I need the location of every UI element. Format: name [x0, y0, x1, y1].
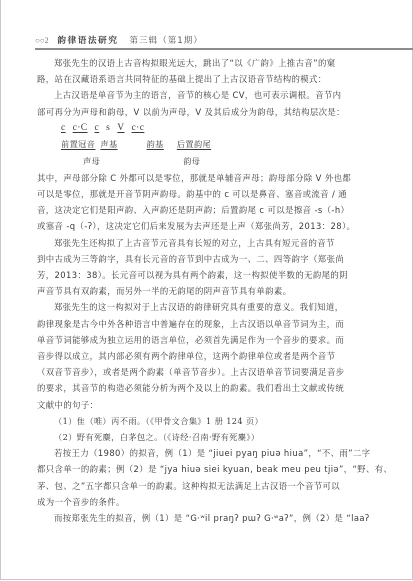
document-page: ○○2 韵律语法研究 第三辑（第1期） 郑张先生的汉语上古音构拟眼光远大，跳出了… — [0, 0, 413, 580]
example-1: （1）隹（唯）丙不雨。（《甲骨文合集》1 册 124 页） — [37, 413, 347, 429]
initial-label: 声母 — [83, 156, 100, 166]
text-line: 郑张先生还构拟了上古音节元音具有长短的对立，上古具有短元音的音节 — [37, 235, 347, 251]
text-line: 可以是零位，那就是开音节阴声韵母。韵基中的 c 可以是鼻音、塞音或流音 / 通 — [37, 186, 347, 202]
text-line: 上古汉语是单音节为主的语言，音节的核心是 CV，也可表示调根。音节内 — [37, 87, 347, 103]
text-line: 文献中的句子： — [37, 397, 347, 413]
text-line: 的要求，其音节的构造必须能分析为两个及以上的韵素。我们看出土文献或传统 — [37, 380, 347, 396]
issue-label: 第三辑（第1期） — [129, 36, 203, 46]
paragraph-6: 若按王力（1980）的拟音，例（1）是 “jiuei pyaŋ piuə hiu… — [37, 445, 347, 510]
text-line: 而按郑张先生的拟音，例（1）是 “G·ʷil praŋʔ pɯʔ G·ʷaʔ”，… — [37, 510, 347, 526]
text-line: 其中，声母部分除 C 外都可以是零位，那就是单辅音声母；韵母部分除 V 外也都 — [37, 170, 347, 186]
text-line: 音，这决定它们是阳声韵、入声韵还是阴声韵；后置韵尾 c 可以是擦音 -s（-h） — [37, 202, 347, 218]
paragraph-4: 郑张先生还构拟了上古音节元音具有长短的对立，上古具有短元音的音节 到中古成为三等… — [37, 235, 347, 300]
text-line: 或塞音 -q（-ʔ），这决定它们后来发展为去声还是上声（郑张尚芳，2013：28… — [37, 218, 347, 234]
formula-symbol: s — [106, 120, 110, 136]
text-line: 音步得以成立，其内部必须有两个韵律单位，这两个韵律单位或者是两个音节 — [37, 348, 347, 364]
text-line: 芳，2013：38）。长元音可以视为具有两个韵素，这一构拟使半数的无韵尾的阴 — [37, 267, 347, 283]
paragraph-5: 郑张先生的这一构拟对于上古汉语的韵律研究具有重要的意义。我们知道， 韵律现象是古… — [37, 299, 347, 412]
onset-prefix-label: 前置冠音 — [61, 139, 95, 149]
text-line: 声音节具有双韵素，而另外一半的无韵尾的阴声音节具有单韵素。 — [37, 283, 347, 299]
paragraph-1: 郑张先生的汉语上古音构拟眼光远大，跳出了“以《广韵》上推古音”的窠 路，站在汉藏… — [37, 55, 347, 87]
example-2: （2）野有死麋，白茅包之。（《诗经·召南·野有死麇》） — [37, 429, 347, 445]
formula-symbol: c — [61, 120, 66, 136]
example-number: （2） — [54, 432, 77, 442]
paragraph-2: 上古汉语是单音节为主的语言，音节的核心是 CV，也可表示调根。音节内 部可再分为… — [37, 87, 347, 119]
text-line: 韵律现象是古今中外各种语言中普遍存在的现象，上古汉语以单音节词为主，而 — [37, 316, 347, 332]
rhyme-base-label: 韵基 — [147, 139, 164, 149]
formula-symbol: c·C — [73, 120, 88, 136]
text-line: 郑张先生的这一构拟对于上古汉语的韵律研究具有重要的意义。我们知道， — [37, 299, 347, 315]
formula-symbol: c·c — [132, 120, 145, 136]
text-line: 部可再分为声母和韵母，V 以前为声母，V 及其后成分为韵母，其结构层次是： — [20, 104, 347, 120]
text-line: 单音节词能够成为独立运用的语言单位，必须首先满足作为一个音步的要求。而 — [37, 332, 347, 348]
journal-title: 韵律语法研究 — [57, 36, 118, 46]
text-line: 都只含单一的韵素；例（2）是 “jya hiuə siei kyuan, bea… — [37, 461, 347, 477]
text-line: 郑张先生的汉语上古音构拟眼光远大，跳出了“以《广韵》上推古音”的窠 — [37, 55, 347, 71]
formula-groups: 声母 韵母 — [61, 153, 200, 169]
final-label: 韵母 — [183, 156, 200, 166]
text-line: 路，站在汉藏语系语言共同特征的基础上提出了上古汉语音节结构的模式： — [37, 71, 347, 87]
text-line: 茅、包、之”五字都只含单一的韵素。这种构拟无法满足上古汉语一个音节可以 — [37, 478, 347, 494]
article-body: 郑张先生的汉语上古音构拟眼光远大，跳出了“以《广韵》上推古音”的窠 路，站在汉藏… — [37, 55, 347, 526]
syllable-structure-formula: cc·CcsVc·c 前置冠音 声基 韵基 后置韵尾 声母 韵母 — [37, 120, 347, 170]
text-line: 若按王力（1980）的拟音，例（1）是 “jiuei pyaŋ piuə hiu… — [37, 445, 347, 461]
formula-symbols: cc·CcsVc·c — [61, 120, 151, 136]
text-line: 到中古成为三等韵字，具有长元音的音节到中古成为一、二、四等韵字（郑张尚 — [37, 251, 347, 267]
example-text: 隹（唯）丙不雨。（《甲骨文合集》1 册 124 页） — [77, 416, 263, 426]
text-line: （双音节音步），或者是两个韵素（单音节音步）。上古汉语单音节词要满足音步 — [37, 364, 347, 380]
paragraph-3: 其中，声母部分除 C 外都可以是零位，那就是单辅音声母；韵母部分除 V 外也都 … — [37, 170, 347, 235]
page-number: ○○2 — [35, 36, 49, 45]
onset-base-label: 声基 — [100, 139, 117, 149]
formula-symbol: c — [95, 120, 100, 136]
text-line: 成为一个音步的条件。 — [37, 494, 347, 510]
rhyme-coda-label: 后置韵尾 — [177, 139, 211, 149]
example-text: 野有死麋，白茅包之。（《诗经·召南·野有死麇》） — [77, 432, 260, 442]
example-number: （1） — [54, 416, 77, 426]
formula-components: 前置冠音 声基 韵基 后置韵尾 — [61, 136, 211, 152]
running-header: ○○2 韵律语法研究 第三辑（第1期） — [35, 34, 413, 50]
formula-symbol: V — [117, 120, 124, 136]
paragraph-7: 而按郑张先生的拟音，例（1）是 “G·ʷil praŋʔ pɯʔ G·ʷaʔ”，… — [37, 510, 347, 526]
